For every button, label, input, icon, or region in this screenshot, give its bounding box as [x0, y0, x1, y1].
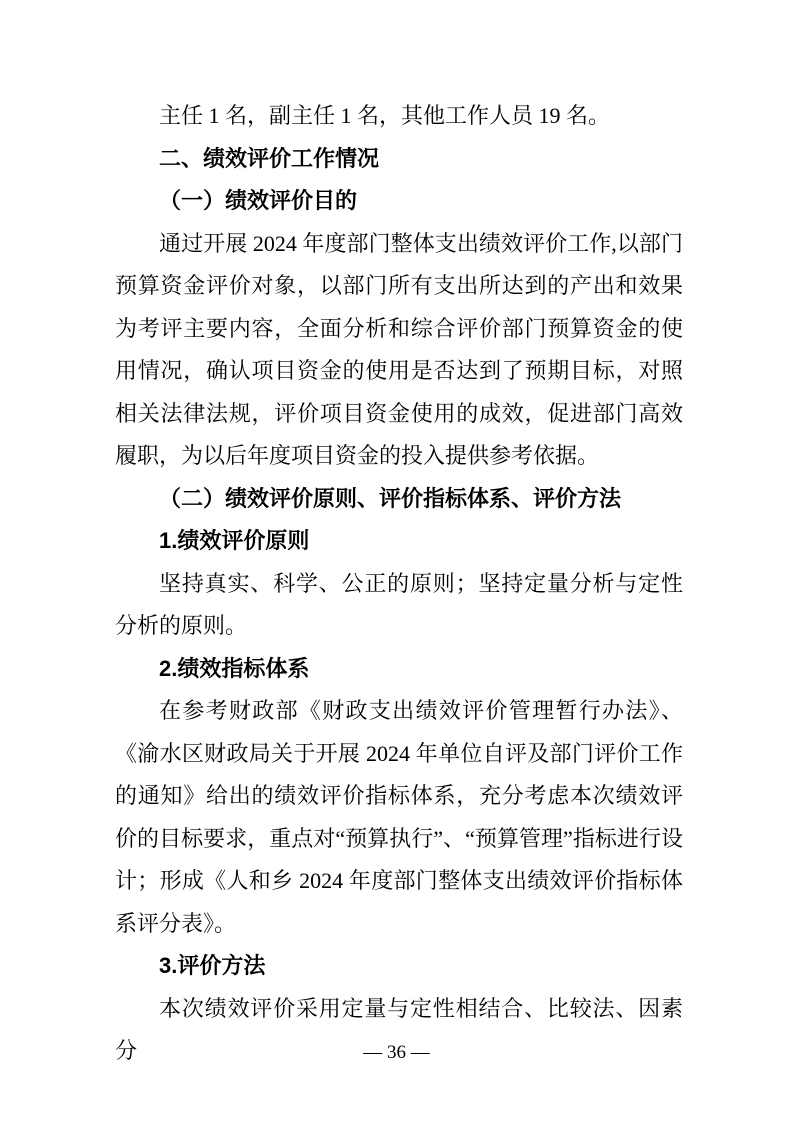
paragraph-indicator-system: 在参考财政部《财政支出绩效评价管理暂行办法》、《渝水区财政局关于开展 2024 … — [115, 690, 683, 945]
heading-evaluation-purpose: （一）绩效评价目的 — [115, 180, 683, 223]
heading-evaluation-methods: 3.评价方法 — [115, 945, 683, 988]
heading-evaluation-principles: 1.绩效评价原则 — [115, 520, 683, 563]
heading-indicator-system: 2.绩效指标体系 — [115, 648, 683, 691]
document-content: 主任 1 名，副主任 1 名，其他工作人员 19 名。 二、绩效评价工作情况 （… — [115, 95, 683, 1073]
heading-principles-indicators-methods: （二）绩效评价原则、评价指标体系、评价方法 — [115, 478, 683, 521]
heading-section-two-performance-evaluation-work: 二、绩效评价工作情况 — [115, 138, 683, 181]
paragraph-evaluation-principles: 坚持真实、科学、公正的原则；坚持定量分析与定性分析的原则。 — [115, 563, 683, 648]
page-number: — 36 — — [0, 1042, 793, 1064]
paragraph-evaluation-purpose: 通过开展 2024 年度部门整体支出绩效评价工作,以部门预算资金评价对象，以部门… — [115, 223, 683, 478]
paragraph-staff-count: 主任 1 名，副主任 1 名，其他工作人员 19 名。 — [115, 95, 683, 138]
document-page: 主任 1 名，副主任 1 名，其他工作人员 19 名。 二、绩效评价工作情况 （… — [0, 0, 793, 1122]
